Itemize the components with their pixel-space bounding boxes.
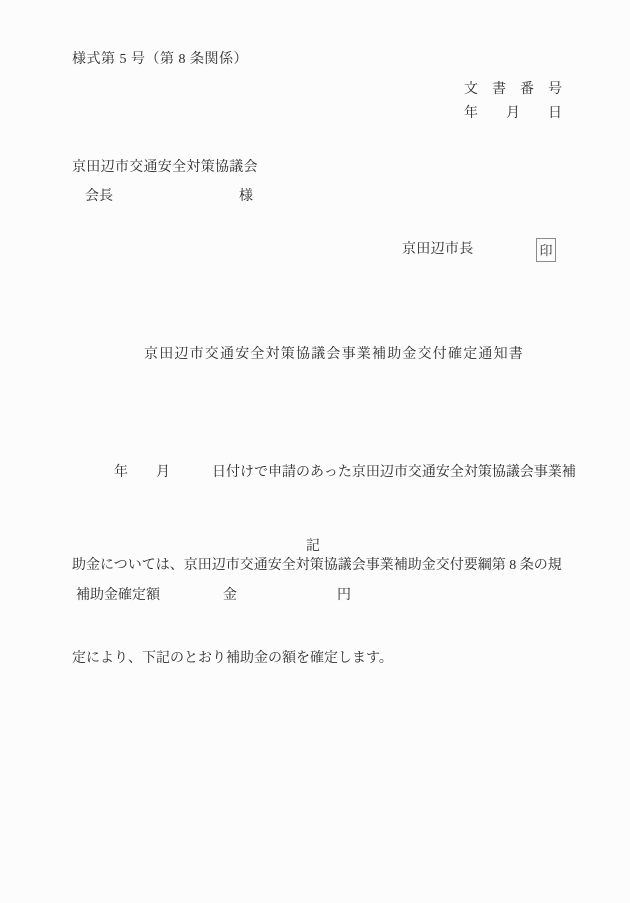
seal-box: 印 [536, 238, 556, 262]
sender-mayor-name: 京田辺市長 [402, 243, 474, 257]
record-marker: 記 [306, 540, 320, 554]
amount-yen-unit: 円 [337, 589, 351, 603]
document-title: 京田辺市交通安全対策協議会事業補助金交付確定通知書 [144, 348, 524, 362]
body-line-2: 助金については、京田辺市交通安全対策協議会事業補助金交付要綱第 8 条の規 [72, 550, 577, 581]
doc-number-placeholder: 文 書 番 号 [464, 83, 562, 97]
addressee-chairman-line: 会長 様 [85, 190, 253, 204]
amount-currency-prefix: 金 [223, 589, 237, 603]
amount-confirmed-label: 補助金確定額 [76, 589, 160, 603]
document-page: 様式第 5 号（第 8 条関係） 文 書 番 号 年 月 日 京田辺市交通安全対… [0, 0, 630, 903]
seal-character: 印 [539, 244, 552, 257]
body-line-3: 定により、下記のとおり補助金の額を確定します。 [72, 643, 577, 674]
body-line-1: 年 月 日付けで申請のあった京田辺市交通安全対策協議会事業補 [72, 457, 577, 488]
form-number-label: 様式第 5 号（第 8 条関係） [72, 53, 248, 67]
body-paragraph: 年 月 日付けで申請のあった京田辺市交通安全対策協議会事業補 助金については、京… [72, 395, 577, 736]
date-placeholder: 年 月 日 [464, 107, 562, 121]
addressee-organization: 京田辺市交通安全対策協議会 [72, 161, 258, 175]
